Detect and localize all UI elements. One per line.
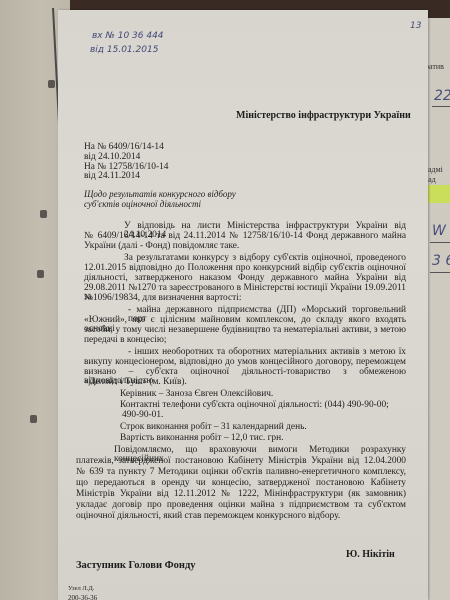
binder-clip — [37, 270, 44, 278]
letter-page: 13 вх № 10 36 444 від 15.01.2015 Міністе… — [58, 10, 428, 600]
body-line: Міністрів України від 12.11.2012 № 1222,… — [76, 490, 406, 499]
binder-clip — [30, 415, 37, 423]
body-line: За результатами конкурсу з відбору суб'є… — [124, 254, 406, 263]
addressee: Міністерство інфраструктури України — [236, 111, 411, 121]
body-line: що передаються в оренду чи концесію, зат… — [76, 479, 406, 488]
body-line: Контактні телефони суб'єкта оціночної ді… — [120, 401, 389, 410]
binder-clip — [40, 210, 47, 218]
signatory-position: Заступник Голови Фонду — [76, 561, 196, 572]
body-line: передачі в концесію; — [84, 336, 166, 345]
binder-clip — [48, 80, 55, 88]
incoming-stamp-number: вх № 10 36 444 — [92, 32, 164, 41]
body-line: платежів, затвердженої постановою Кабіне… — [76, 457, 406, 466]
reference-line: На № 6409/16/14-14 — [84, 143, 164, 152]
executor-name: Узел Л.Д. — [68, 586, 94, 593]
signatory-name: Ю. Нікітін — [346, 550, 395, 560]
underline — [430, 242, 450, 243]
body-line: засоби, у тому числі незавершене будівни… — [84, 326, 406, 335]
body-line: №1096/19834, для визначення вартості: — [84, 294, 241, 303]
body-line: «Делойт і Туш» (м. Київ). — [84, 378, 187, 387]
reference-line: від 24.10.2014 — [84, 153, 140, 162]
body-line: Вартість виконання робіт – 12,0 тис. грн… — [120, 434, 283, 443]
body-line: оціночної діяльності, який став переможц… — [76, 512, 340, 521]
body-line: викупу концесіонером, відповідно до умов… — [84, 358, 406, 367]
body-line: Строк виконання робіт – 31 календарний д… — [120, 423, 307, 432]
subject-line: Щодо результатів конкурсного відбору — [84, 190, 236, 199]
highlighter-mark — [428, 185, 450, 203]
executor-phone: 200-36-36 — [68, 595, 97, 600]
background-handwriting: W — [432, 223, 446, 239]
incoming-stamp-date: від 15.01.2015 — [90, 46, 158, 55]
background-handwriting: 22 — [434, 88, 450, 104]
background-handwriting: 3 6 — [432, 253, 450, 269]
page-number-handwritten: 13 — [410, 22, 421, 31]
body-line: 12.01.2015 відповідно до Положення про к… — [84, 264, 406, 273]
background-text-fragment: адмі — [428, 165, 443, 174]
body-line: 490-90-01. — [122, 411, 163, 420]
body-line: - інших необоротних та оборотних матеріа… — [128, 348, 406, 357]
body-line: укладає договір про проведення оцінки ма… — [76, 501, 406, 510]
body-line: Керівник – Заноза Євген Олексійович. — [120, 390, 273, 399]
reference-line: від 24.11.2014 — [84, 172, 140, 181]
body-line: № 6409/16/14-14 та від 24.11.2014 № 1275… — [84, 232, 406, 241]
body-line: України (далі - Фонд) повідомляє таке. — [84, 242, 239, 251]
body-line: діяльності, затвердженого наказом Фонду … — [84, 274, 406, 283]
underline — [430, 272, 450, 273]
subject-line: суб'єктів оціночної діяльності — [84, 200, 201, 209]
body-line: № 639 та пункту 7 Методики оцінки об'єкт… — [76, 468, 406, 477]
underline — [432, 106, 450, 107]
